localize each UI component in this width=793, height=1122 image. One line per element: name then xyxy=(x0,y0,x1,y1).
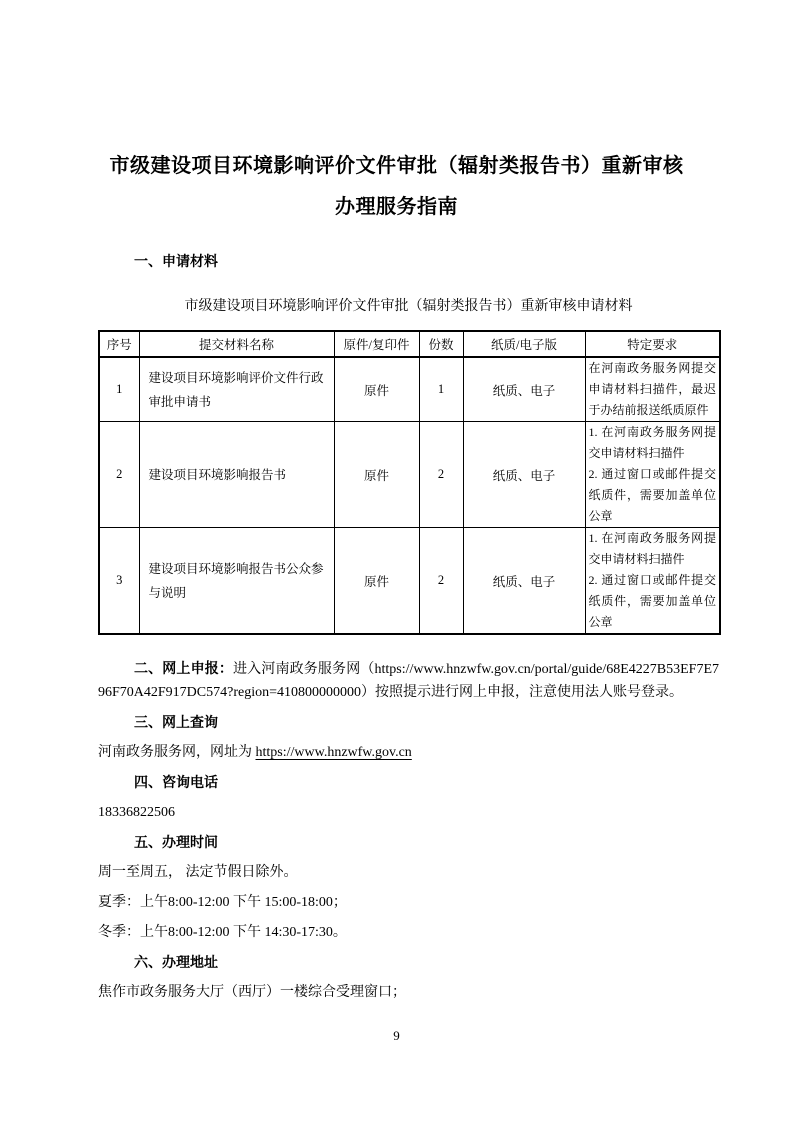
requirement-line: 2. 通过窗口或邮件提交纸质件，需要加盖单位公章 xyxy=(589,570,717,633)
section-4-heading: 四、咨询电话 xyxy=(134,771,719,794)
section-1-heading: 一、申请材料 xyxy=(134,250,719,273)
service-site-link[interactable]: https://www.hnzwfw.gov.cn xyxy=(256,745,412,760)
requirement-line: 在河南政务服务网提交申请材料扫描件，最迟于办结前报送纸质原件 xyxy=(589,358,717,421)
table-caption: 市级建设项目环境影响评价文件审批（辐射类报告书）重新审核申请材料 xyxy=(98,295,719,318)
cell-material-name: 建设项目环境影响报告书公众参与说明 xyxy=(139,528,334,635)
address-line: 焦作市政务服务大厅（西厅）一楼综合受理窗口； xyxy=(98,981,719,1004)
phone-number: 18336822506 xyxy=(98,801,719,824)
header-cell-original-copy: 原件/复印件 xyxy=(334,331,419,357)
section-3-paragraph: 河南政务服务网，网址为 https://www.hnzwfw.gov.cn xyxy=(98,741,719,764)
document-page: 市级建设项目环境影响评价文件审批（辐射类报告书）重新审核 办理服务指南 一、申请… xyxy=(0,0,793,1122)
cell-copies: 1 xyxy=(419,357,463,422)
header-cell-requirements: 特定要求 xyxy=(585,331,720,357)
section-2-heading: 二、网上申报： xyxy=(134,660,233,676)
cell-requirements: 1. 在河南政务服务网提交申请材料扫描件 2. 通过窗口或邮件提交纸质件，需要加… xyxy=(585,422,720,528)
cell-original-copy: 原件 xyxy=(334,422,419,528)
cell-requirements: 1. 在河南政务服务网提交申请材料扫描件 2. 通过窗口或邮件提交纸质件，需要加… xyxy=(585,528,720,635)
section-5-heading: 五、办理时间 xyxy=(134,831,719,854)
cell-original-copy: 原件 xyxy=(334,357,419,422)
page-number: 9 xyxy=(0,1028,793,1044)
section-3-heading: 三、网上查询 xyxy=(134,711,719,734)
cell-seq: 1 xyxy=(99,357,139,422)
requirement-line: 2. 通过窗口或邮件提交纸质件，需要加盖单位公章 xyxy=(589,464,717,527)
materials-table: 序号 提交材料名称 原件/复印件 份数 纸质/电子版 特定要求 1 建设项目环境… xyxy=(98,330,721,635)
cell-medium: 纸质、电子 xyxy=(463,528,585,635)
table-row: 3 建设项目环境影响报告书公众参与说明 原件 2 纸质、电子 1. 在河南政务服… xyxy=(99,528,720,635)
page-title-line-2: 办理服务指南 xyxy=(0,187,793,228)
cell-copies: 2 xyxy=(419,528,463,635)
schedule-line-winter: 冬季：上午8:00-12:00 下午 14:30-17:30。 xyxy=(98,921,719,944)
cell-material-name: 建设项目环境影响评价文件行政审批申请书 xyxy=(139,357,334,422)
header-cell-medium: 纸质/电子版 xyxy=(463,331,585,357)
table-row: 2 建设项目环境影响报告书 原件 2 纸质、电子 1. 在河南政务服务网提交申请… xyxy=(99,422,720,528)
cell-seq: 3 xyxy=(99,528,139,635)
cell-requirements: 在河南政务服务网提交申请材料扫描件，最迟于办结前报送纸质原件 xyxy=(585,357,720,422)
cell-medium: 纸质、电子 xyxy=(463,357,585,422)
schedule-line-summer: 夏季：上午8:00-12:00 下午 15:00-18:00； xyxy=(98,891,719,914)
header-cell-seq: 序号 xyxy=(99,331,139,357)
requirement-line: 1. 在河南政务服务网提交申请材料扫描件 xyxy=(589,422,717,464)
cell-copies: 2 xyxy=(419,422,463,528)
requirement-line: 1. 在河南政务服务网提交申请材料扫描件 xyxy=(589,528,717,570)
page-title: 市级建设项目环境影响评价文件审批（辐射类报告书）重新审核 办理服务指南 xyxy=(0,0,793,228)
header-cell-material-name: 提交材料名称 xyxy=(139,331,334,357)
section-2-paragraph: 二、网上申报：进入河南政务服务网（https://www.hnzwfw.gov.… xyxy=(98,657,719,704)
header-cell-copies: 份数 xyxy=(419,331,463,357)
table-row: 1 建设项目环境影响评价文件行政审批申请书 原件 1 纸质、电子 在河南政务服务… xyxy=(99,357,720,422)
cell-material-name: 建设项目环境影响报告书 xyxy=(139,422,334,528)
section-6-heading: 六、办理地址 xyxy=(134,951,719,974)
cell-original-copy: 原件 xyxy=(334,528,419,635)
section-3-body: 河南政务服务网，网址为 xyxy=(98,745,256,760)
cell-medium: 纸质、电子 xyxy=(463,422,585,528)
schedule-line-weekdays: 周一至周五， 法定节假日除外。 xyxy=(98,861,719,884)
page-title-line-1: 市级建设项目环境影响评价文件审批（辐射类报告书）重新审核 xyxy=(0,146,793,187)
table-header-row: 序号 提交材料名称 原件/复印件 份数 纸质/电子版 特定要求 xyxy=(99,331,720,357)
cell-seq: 2 xyxy=(99,422,139,528)
